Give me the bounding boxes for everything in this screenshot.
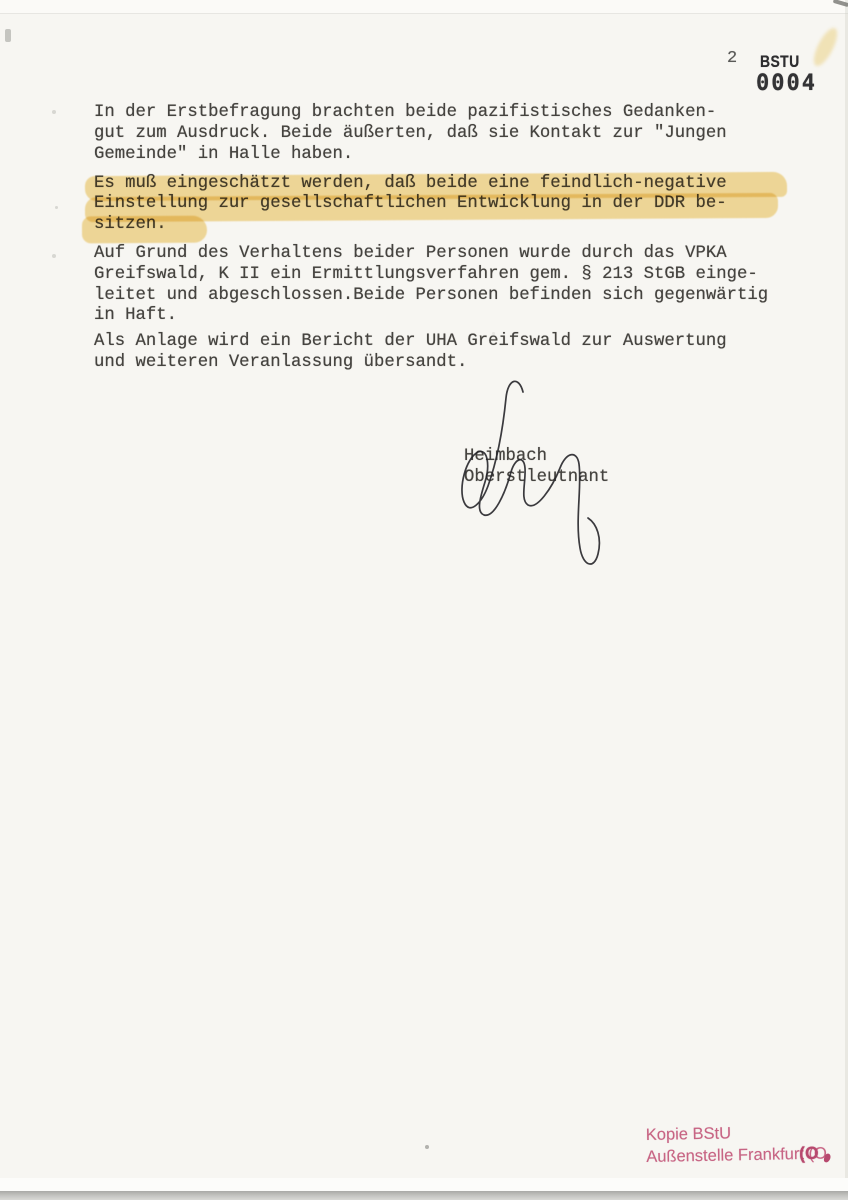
paper-speck	[425, 1145, 429, 1149]
page-number: 2	[727, 49, 737, 68]
paper-speck	[52, 254, 56, 258]
scan-bottom-strip	[0, 1178, 848, 1192]
paragraph-3: Auf Grund des Verhaltens beider Personen…	[94, 244, 768, 327]
scan-top-edge	[0, 0, 848, 14]
highlighter-smudge	[809, 25, 841, 69]
handwritten-signature	[440, 372, 620, 582]
archive-stamp-agency: BSTU	[760, 52, 809, 72]
paper-speck	[52, 110, 56, 114]
archive-stamp-number: 0004	[756, 71, 817, 96]
scan-bottom-edge	[0, 1191, 848, 1200]
copy-stamp-overstrike: (O	[799, 1142, 819, 1164]
paragraph-1: In der Erstbefragung brachten beide pazi…	[94, 103, 727, 165]
paragraph-4: Als Anlage wird ein Bericht der UHA Grei…	[94, 332, 727, 374]
paper-speck	[55, 206, 58, 209]
highlight-mark-line3	[82, 216, 207, 244]
copy-stamp: Kopie BStU Außenstelle Frankfurt (O (O	[646, 1120, 848, 1168]
paper-edge-mark	[5, 29, 11, 42]
document-page: 2 BSTU 0004 In der Erstbefragung brachte…	[0, 0, 848, 1200]
